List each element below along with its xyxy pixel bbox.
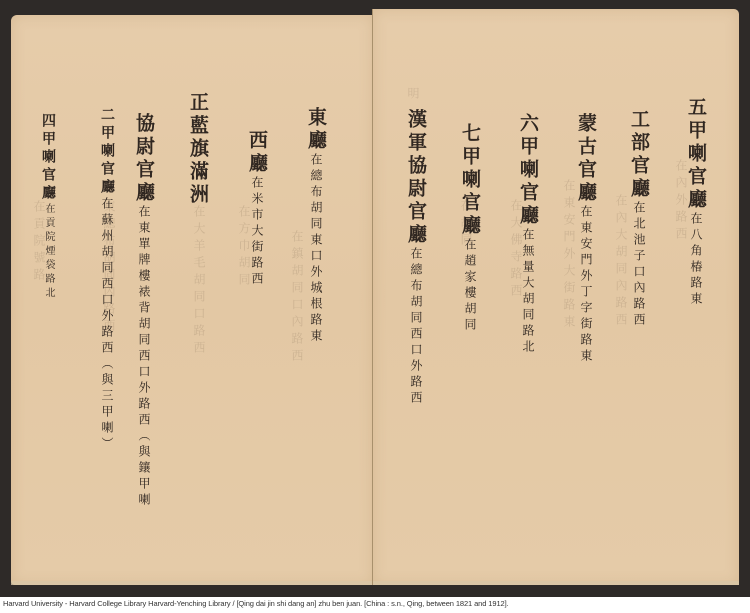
manuscript-column-banner: 正藍旗滿洲 (188, 92, 207, 207)
column-heading: 西廳 (246, 130, 268, 176)
manuscript-column-mongol-hall: 蒙古官廳在東安門外丁字街路東 (576, 113, 595, 365)
column-location: 在趙家樓胡同 (463, 238, 477, 334)
column-heading: 正藍旗滿洲 (187, 92, 209, 207)
bleed-through-text: 明 (405, 87, 422, 104)
scan-background: 在貢院號路 東總布胡同內路西 在大羊毛胡同口路西 在方巾胡同 在鎮胡同口內路西 … (0, 0, 750, 597)
column-heading: 東廳 (305, 107, 327, 153)
left-page-edge (11, 581, 373, 585)
right-page-edge (373, 581, 739, 585)
column-location: 在蘇州胡同西口外路西（與三甲喇） (100, 197, 114, 453)
column-location: 在總布胡同西口外路西 (409, 247, 423, 407)
column-location: 在北池子口內路西 (632, 201, 646, 329)
right-page: 在內外路西 在內大胡同內路西 在東安門外大街路東 在大佛寺路西 在胡同 明 五甲… (372, 9, 739, 585)
bleed-through-text: 在鎮胡同口內路西 (289, 230, 306, 366)
column-location: 在八角椿路東 (689, 212, 703, 308)
column-heading: 二甲喇官廳 (99, 107, 115, 197)
column-heading: 四甲喇官廳 (40, 113, 56, 203)
manuscript-column-han-banner-hall: 漢軍協尉官廳在總布胡同西口外路西 (406, 109, 425, 407)
column-heading: 五甲喇官廳 (685, 97, 707, 212)
column-location: 在無量大胡同路北 (521, 228, 535, 356)
bleed-through-text: 在大羊毛胡同口路西 (191, 205, 208, 358)
bleed-through-text: 在內大胡同內路西 (613, 194, 630, 330)
column-location: 在東單牌樓裱背胡同西口外路西（與鑲甲喇 (137, 205, 151, 509)
column-heading: 七甲喇官廳 (459, 123, 481, 238)
manuscript-column-fifth-jiala: 五甲喇官廳在八角椿路東 (686, 97, 705, 308)
column-heading: 協尉官廳 (133, 113, 155, 205)
manuscript-column-west-hall: 西廳在米市大街路西 (247, 130, 266, 288)
manuscript-column-lieutenant-hall: 協尉官廳在東單牌樓裱背胡同西口外路西（與鑲甲喇 (134, 113, 153, 509)
manuscript-column-works-ministry: 工部官廳在北池子口內路西 (629, 109, 648, 329)
column-heading: 蒙古官廳 (575, 113, 597, 205)
manuscript-column-east-hall: 東廳在總布胡同東口外城根路東 (306, 107, 325, 345)
manuscript-column-second-jiala: 二甲喇官廳在蘇州胡同西口外路西（與三甲喇） (99, 107, 115, 453)
manuscript-column-seventh-jiala: 七甲喇官廳在趙家樓胡同 (460, 123, 479, 334)
column-heading: 工部官廳 (628, 109, 650, 201)
manuscript-column-fourth-jiala: 四甲喇官廳在貢院煙袋路北 (40, 113, 56, 301)
left-page: 在貢院號路 東總布胡同內路西 在大羊毛胡同口路西 在方巾胡同 在鎮胡同口內路西 … (11, 15, 373, 585)
column-heading: 漢軍協尉官廳 (405, 109, 427, 247)
column-location: 在東安門外丁字街路東 (579, 205, 593, 365)
column-location: 在總布胡同東口外城根路東 (309, 153, 323, 345)
column-heading: 六甲喇官廳 (517, 113, 539, 228)
column-location: 在米市大街路西 (250, 176, 264, 288)
image-caption: Harvard University - Harvard College Lib… (3, 599, 509, 608)
column-location: 在貢院煙袋路北 (43, 203, 54, 301)
manuscript-column-sixth-jiala: 六甲喇官廳在無量大胡同路北 (518, 113, 537, 356)
